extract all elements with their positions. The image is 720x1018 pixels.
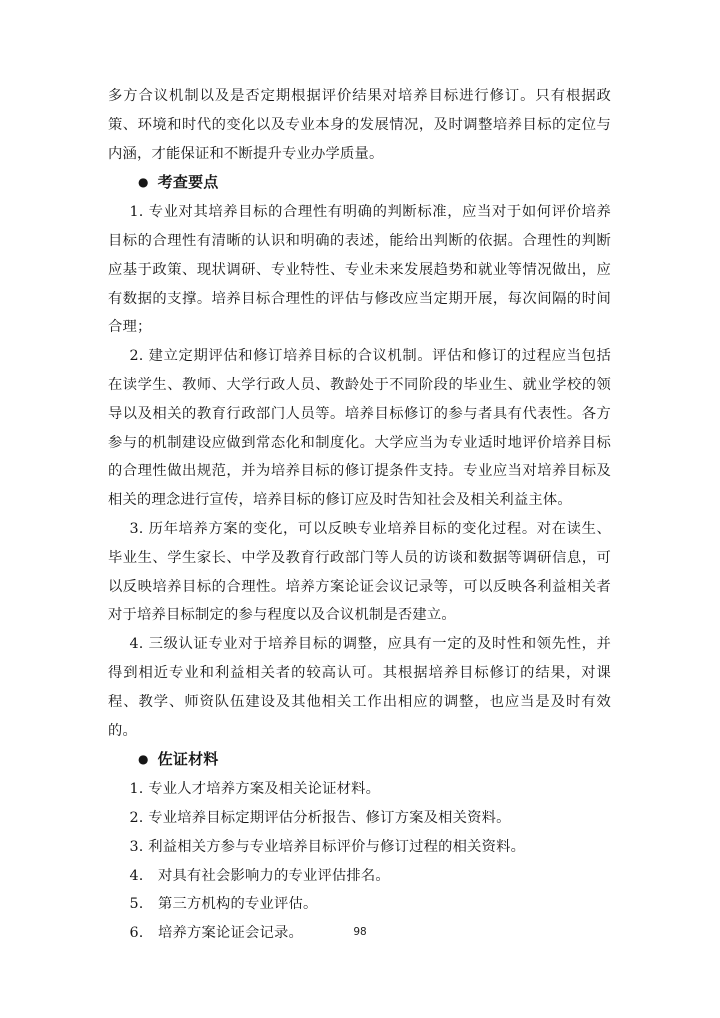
list-item: 3. 利益相关方参与专业培养目标评价与修订过程的相关资料。 xyxy=(108,833,611,862)
document-page: 多方合议机制以及是否定期根据评价结果对培养目标进行修订。只有根据政策、环境和时代… xyxy=(0,0,720,1018)
heading-text: 考查要点 xyxy=(158,173,219,191)
list-item: 2. 专业培养目标定期评估分析报告、修订方案及相关资料。 xyxy=(108,804,611,833)
paragraph: 3. 历年培养方案的变化，可以反映专业培养目标的变化过程。对在读生、毕业生、学生… xyxy=(108,515,611,630)
paragraph: 4. 三级认证专业对于培养目标的调整，应具有一定的及时性和领先性，并得到相近专业… xyxy=(108,630,611,745)
paragraph: 2. 建立定期评估和修订培养目标的合议机制。评估和修订的过程应当包括在读学生、教… xyxy=(108,342,611,515)
page-footer: 98 xyxy=(0,926,720,938)
section-heading-supporting-materials: ●佐证材料 xyxy=(108,745,611,775)
page-number: 98 xyxy=(353,926,366,938)
section-heading-examination-points: ●考查要点 xyxy=(108,168,611,198)
bullet-icon: ● xyxy=(138,752,149,766)
page-content: 多方合议机制以及是否定期根据评价结果对培养目标进行修订。只有根据政策、环境和时代… xyxy=(108,82,611,948)
list-item: 1. 专业人才培养方案及相关论证材料。 xyxy=(108,775,611,804)
list-item: 4. 对具有社会影响力的专业评估排名。 xyxy=(108,862,611,891)
intro-paragraph: 多方合议机制以及是否定期根据评价结果对培养目标进行修订。只有根据政策、环境和时代… xyxy=(108,82,611,168)
bullet-icon: ● xyxy=(138,175,149,189)
heading-text: 佐证材料 xyxy=(158,750,219,768)
paragraph: 1. 专业对其培养目标的合理性有明确的判断标准，应当对于如何评价培养目标的合理性… xyxy=(108,198,611,342)
list-item: 5. 第三方机构的专业评估。 xyxy=(108,890,611,919)
